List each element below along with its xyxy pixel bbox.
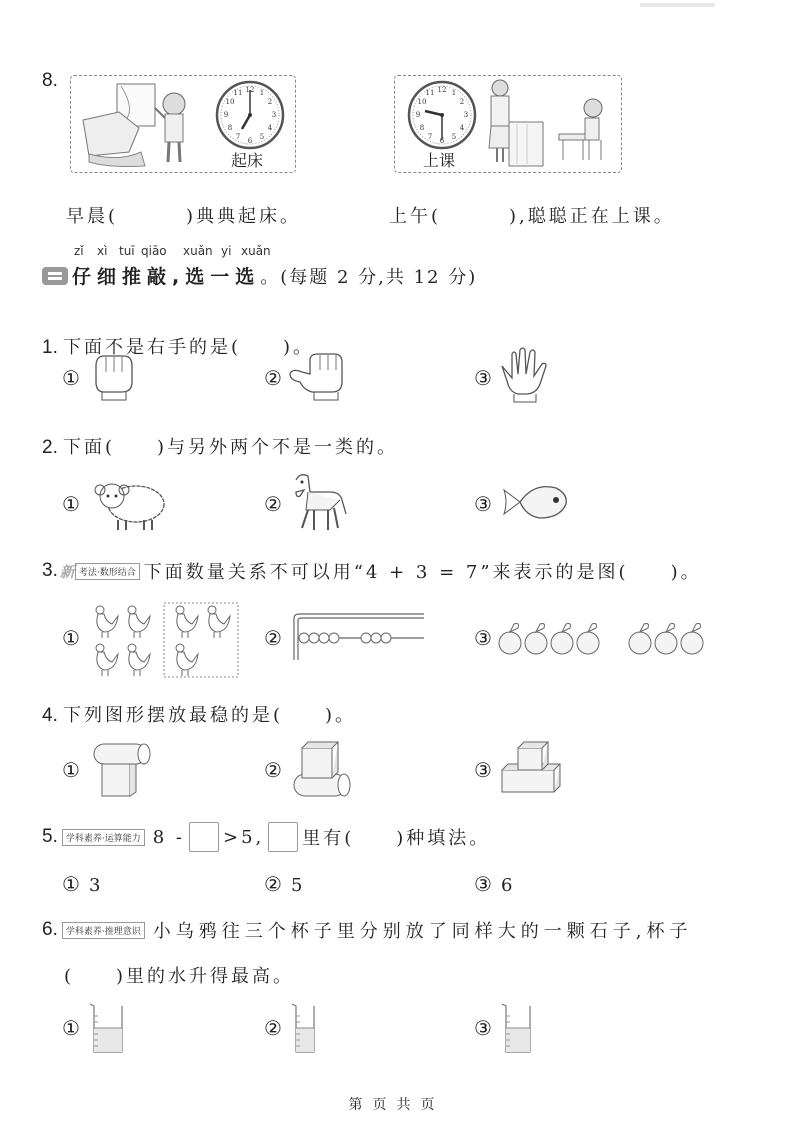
pinyin: xuǎn	[241, 244, 271, 258]
option-1[interactable]: ①	[62, 626, 80, 650]
svg-text:11: 11	[426, 89, 435, 97]
question-number: 6.	[42, 919, 58, 941]
q8-left-picture: 12123 4567 891011 起床	[70, 75, 296, 173]
question-4: 4. 下列图形摆放最稳的是( )。	[42, 701, 356, 727]
svg-text:5: 5	[452, 133, 456, 141]
new-badge: 新	[60, 561, 75, 582]
question-6: 6. 学科素养·推理意识 小乌鸦往三个杯子里分别放了同样大的一颗石子,杯子	[42, 917, 692, 943]
option-marker: ③	[474, 1016, 492, 1040]
pinyin: xì	[97, 244, 119, 258]
fill-in-box[interactable]	[268, 822, 298, 852]
expression-part: 8 -	[153, 827, 185, 848]
svg-text:10: 10	[226, 98, 235, 106]
question-text: 小乌鸦往三个杯子里分别放了同样大的一颗石子,杯子	[153, 917, 693, 943]
clock-caption: 起床	[231, 148, 263, 171]
fist-hand-icon	[90, 352, 138, 404]
option-marker: ①	[62, 1016, 80, 1040]
sentence-end: ),聪聪正在上课。	[509, 206, 675, 227]
q1-options: ① ② ③	[62, 352, 762, 407]
section-heading: 仔细推敲,选一选 。(每题 2 分,共 12 分)	[42, 262, 477, 289]
scan-artifact	[640, 3, 715, 7]
option-marker: ②	[264, 366, 282, 390]
question-number: 2.	[42, 437, 58, 458]
cylinder-on-cuboid-icon	[90, 740, 154, 798]
question-text: 下面( )与另外两个不是一类的。	[63, 437, 398, 458]
fill-in-box[interactable]	[189, 822, 219, 852]
question-5: 5. 学科素养·运算能力 8 - >5, 里有( )种填法。	[42, 822, 490, 852]
option-2[interactable]: ② 5	[264, 872, 302, 896]
option-marker: ②	[264, 758, 282, 782]
svg-text:8: 8	[228, 124, 232, 132]
option-marker: ①	[62, 872, 80, 896]
svg-text:11: 11	[234, 89, 243, 97]
open-hand-icon	[498, 346, 554, 406]
option-marker: ③	[474, 626, 492, 650]
narrow-beaker-icon	[290, 1002, 316, 1054]
question-tag: 学科素养·运算能力	[62, 829, 145, 846]
option-marker: ②	[264, 1016, 282, 1040]
option-value: 3	[89, 875, 100, 896]
question-tag: 学科素养·推理意识	[62, 922, 145, 939]
option-value: 5	[291, 875, 302, 896]
q4-options: ① ② ③	[62, 740, 762, 800]
wide-beaker-icon	[88, 1002, 124, 1054]
apples-icon	[498, 622, 718, 656]
bed-and-child-illustration	[79, 82, 199, 168]
question-number: 8.	[42, 70, 58, 92]
sheep-icon	[90, 474, 170, 534]
option-marker: ③	[474, 366, 492, 390]
question-text: 下面数量关系不可以用“4 + 3 = 7”来表示的是图( )。	[144, 558, 702, 584]
horse-icon	[290, 470, 354, 536]
option-3[interactable]: ③	[474, 626, 492, 650]
option-marker: ①	[62, 758, 80, 782]
cube-on-cuboid-icon	[498, 740, 564, 798]
svg-text:4: 4	[460, 124, 465, 132]
question-number: 1.	[42, 337, 58, 358]
option-marker: ③	[474, 872, 492, 896]
q6-options: ① ② ③	[62, 1000, 762, 1060]
option-2[interactable]: ②	[264, 1016, 282, 1040]
option-1[interactable]: ①	[62, 366, 80, 390]
svg-text:3: 3	[464, 111, 468, 119]
page-footer: 第页共页	[0, 1094, 793, 1114]
clock-icon-7-oclock: 12123 4567 891011	[215, 80, 285, 150]
fish-icon	[500, 480, 570, 524]
q8-sentence-morning: 早晨()典典起床。	[66, 202, 301, 228]
question-text: 里有( )种填法。	[302, 824, 490, 850]
thumb-out-hand-icon	[288, 352, 352, 404]
svg-text:2: 2	[268, 98, 272, 106]
question-text: 下列图形摆放最稳的是( )。	[63, 705, 356, 726]
question-number: 3.	[42, 560, 58, 582]
pinyin: tuī	[119, 244, 141, 258]
svg-text:8: 8	[420, 124, 424, 132]
sentence-start: 早晨(	[66, 206, 118, 227]
option-marker: ②	[264, 626, 282, 650]
svg-text:1: 1	[452, 89, 456, 97]
sentence-start: 上午(	[389, 206, 441, 227]
svg-text:12: 12	[438, 86, 447, 94]
roosters-icon	[90, 602, 240, 678]
option-marker: ①	[62, 626, 80, 650]
option-3[interactable]: ③ 6	[474, 872, 512, 896]
clock-icon-half-past-nine: 12123 4567 891011	[407, 80, 477, 150]
option-3[interactable]: ③	[474, 492, 492, 516]
section-two-badge-icon	[42, 267, 68, 285]
svg-text:5: 5	[260, 133, 264, 141]
svg-text:9: 9	[224, 111, 228, 119]
option-marker: ①	[62, 492, 80, 516]
option-1[interactable]: ①	[62, 492, 80, 516]
svg-text:6: 6	[248, 137, 253, 145]
option-1[interactable]: ①	[62, 1016, 80, 1040]
option-3[interactable]: ③	[474, 1016, 492, 1040]
option-2[interactable]: ②	[264, 758, 282, 782]
option-1[interactable]: ① 3	[62, 872, 100, 896]
q8-sentence-class: 上午(),聪聪正在上课。	[389, 202, 675, 228]
question-6-line2: ( )里的水升得最高。	[64, 962, 294, 988]
question-number: 4.	[42, 705, 58, 726]
clock-caption: 上课	[423, 148, 455, 171]
expression-part: >5,	[223, 827, 264, 848]
pinyin: yi	[221, 244, 241, 258]
option-1[interactable]: ①	[62, 758, 80, 782]
option-marker: ②	[264, 492, 282, 516]
q8-right-picture: 12123 4567 891011 上课	[394, 75, 622, 173]
section-score: 。(每题 2 分,共 12 分)	[260, 263, 477, 289]
q2-options: ① ② ③	[62, 470, 762, 530]
q3-options: ① ② ③	[62, 600, 782, 680]
option-2[interactable]: ②	[264, 492, 282, 516]
svg-text:10: 10	[418, 98, 427, 106]
svg-text:9: 9	[416, 111, 420, 119]
cube-on-cylinder-icon	[290, 740, 354, 798]
section-title: 仔细推敲,选一选	[72, 262, 260, 289]
option-3[interactable]: ③	[474, 758, 492, 782]
pinyin: zǐ	[74, 244, 97, 258]
medium-beaker-icon	[500, 1002, 532, 1054]
option-2[interactable]: ②	[264, 366, 282, 390]
question-tag: 考法·数形结合	[75, 563, 140, 580]
svg-text:1: 1	[260, 89, 264, 97]
sentence-end: )典典起床。	[186, 206, 301, 227]
option-2[interactable]: ②	[264, 626, 282, 650]
pinyin: qiāo	[141, 244, 183, 258]
option-value: 6	[501, 875, 512, 896]
option-3[interactable]: ③	[474, 366, 492, 390]
teacher-and-student-illustration	[485, 78, 615, 170]
svg-text:7: 7	[428, 133, 432, 141]
option-marker: ③	[474, 492, 492, 516]
question-2: 2. 下面( )与另外两个不是一类的。	[42, 433, 398, 459]
question-number: 5.	[42, 826, 58, 848]
svg-text:4: 4	[268, 124, 273, 132]
question-3: 3. 新 考法·数形结合 下面数量关系不可以用“4 + 3 = 7”来表示的是图…	[42, 558, 702, 584]
svg-text:7: 7	[236, 133, 240, 141]
section-pinyin: zǐ xì tuī qiāo xuǎn yi xuǎn	[74, 244, 271, 258]
svg-text:3: 3	[272, 111, 276, 119]
option-marker: ②	[264, 872, 282, 896]
svg-text:2: 2	[460, 98, 464, 106]
option-marker: ①	[62, 366, 80, 390]
pinyin: xuǎn	[183, 244, 221, 258]
option-marker: ③	[474, 758, 492, 782]
abacus-icon	[290, 612, 430, 662]
